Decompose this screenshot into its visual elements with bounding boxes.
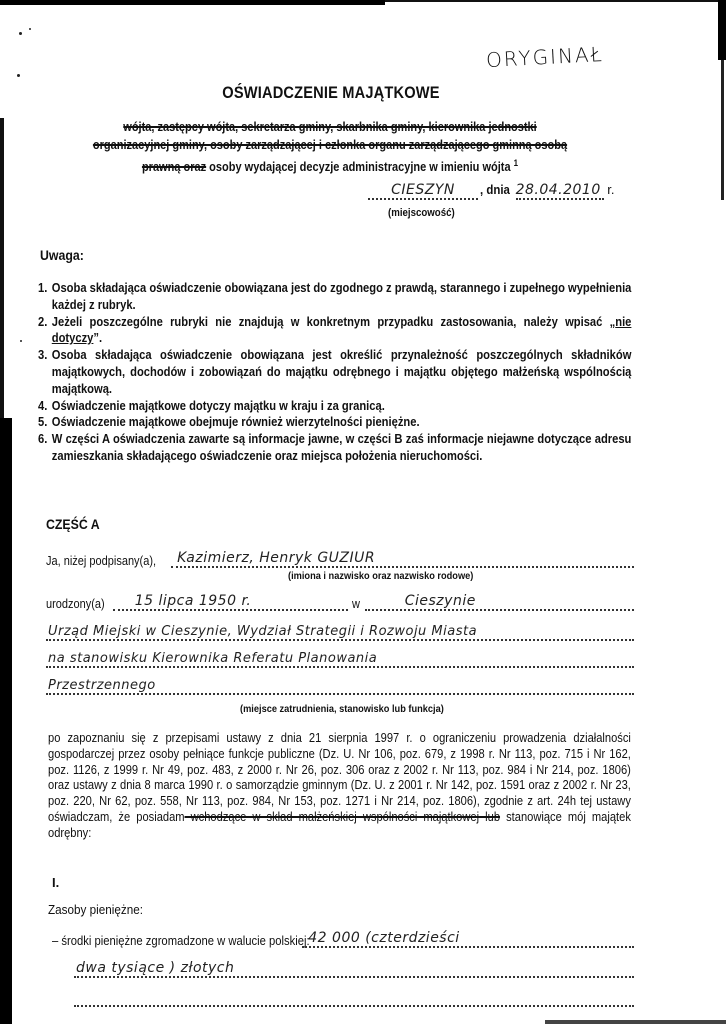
date-field[interactable]: 28.04.2010 (516, 182, 604, 200)
section-i-heading: I. (52, 875, 59, 890)
employment-line-3: Przestrzennego (46, 675, 634, 695)
employment-field[interactable]: na stanowisku Kierownika Referatu Planow… (46, 648, 634, 668)
place-field[interactable]: CIESZYN (368, 182, 478, 200)
name-label: Ja, niżej podpisany(a), (46, 554, 156, 568)
legal-declaration: po zapoznaniu się z przepisami ustawy z … (48, 730, 631, 841)
note-text-part: Jeżeli poszczególne rubryki nie znajdują… (52, 314, 615, 329)
document-title: OŚWIADCZENIE MAJĄTKOWE (46, 83, 615, 103)
note-number: 2. (38, 314, 52, 348)
struck-text: wójta, zastępcy wójta, sekretarza gminy,… (123, 120, 536, 134)
cash-pln-field[interactable]: 42 000 (czterdzieści (302, 928, 634, 948)
note-item: 1.Osoba składająca oświadczenie obowiąza… (38, 280, 631, 314)
scan-border-left (0, 118, 4, 418)
name-value: Kazimierz, Henryk GUZIUR (177, 550, 375, 566)
place-date-line: CIESZYN, dnia 28.04.2010 r. (368, 182, 614, 200)
employment-caption: (miejsce zatrudnienia, stanowisko lub fu… (240, 703, 444, 715)
notes-list: 1.Osoba składająca oświadczenie obowiąza… (38, 280, 631, 465)
cash-pln-row-2: dwa tysiące ) złotych (74, 958, 634, 978)
scan-speck (29, 28, 31, 30)
note-text: Osoba składająca oświadczenie obowiązana… (52, 280, 632, 314)
part-a-heading: CZĘŚĆ A (46, 516, 100, 532)
note-item: 2.Jeżeli poszczególne rubryki nie znajdu… (38, 314, 631, 348)
born-label: urodzony(a) (46, 597, 105, 611)
note-number: 1. (38, 280, 52, 314)
struck-text: organizacyjnej gminy, osoby zarządzające… (93, 138, 567, 152)
original-stamp: ORYGINAŁ (485, 42, 604, 72)
name-field[interactable]: Kazimierz, Henryk GUZIUR (171, 548, 634, 568)
note-text: Osoba składająca oświadczenie obowiązana… (52, 347, 632, 397)
scan-border-top (0, 0, 385, 5)
note-text: Oświadczenie majątkowe dotyczy majątku w… (52, 398, 632, 415)
cash-pln-row: – środki pieniężne zgromadzone w walucie… (52, 928, 634, 948)
note-item: 5.Oświadczenie majątkowe obejmuje równie… (38, 414, 631, 431)
employment-line-2: na stanowisku Kierownika Referatu Planow… (46, 648, 634, 668)
note-item: 3.Osoba składająca oświadczenie obowiąza… (38, 347, 631, 397)
scan-border-right (718, 0, 726, 60)
birth-place-value: Cieszynie (405, 593, 476, 609)
employment-line-1: Urząd Miejski w Cieszynie, Wydział Strat… (46, 621, 634, 641)
cash-pln-label: – środki pieniężne zgromadzone w walucie… (52, 934, 310, 948)
struck-text: wchodzące w skład małżeńskiej wspólności… (185, 809, 500, 824)
note-number: 4. (38, 398, 52, 415)
date-suffix: r. (607, 182, 614, 197)
scan-speck (17, 74, 20, 77)
footnote-mark: 1 (514, 158, 518, 168)
employment-value: Przestrzennego (48, 678, 156, 693)
date-value: 28.04.2010 (516, 182, 601, 198)
scan-border-left (0, 418, 12, 1024)
note-text: Jeżeli poszczególne rubryki nie znajdują… (52, 314, 632, 348)
place-value: CIESZYN (391, 182, 455, 198)
scan-speck (20, 340, 22, 342)
employment-field[interactable]: Urząd Miejski w Cieszynie, Wydział Strat… (46, 621, 634, 641)
scan-border-top (385, 0, 720, 2)
scan-speck (19, 32, 22, 35)
scan-border-bottom (545, 1020, 726, 1024)
cash-heading: Zasoby pieniężne: (48, 902, 143, 917)
cash-pln-value: 42 000 (czterdzieści (308, 930, 459, 946)
scan-border-right (721, 60, 724, 200)
note-number: 5. (38, 414, 52, 431)
born-in-label: w (352, 597, 360, 611)
name-caption: (imiona i nazwisko oraz nazwisko rodowe) (288, 570, 473, 582)
struck-text: prawną oraz (142, 160, 206, 174)
cash-pln-field[interactable]: dwa tysiące ) złotych (74, 958, 634, 978)
note-item: 4.Oświadczenie majątkowe dotyczy majątku… (38, 398, 631, 415)
subtitle-active-text: osoby wydającej decyzje administracyjne … (206, 160, 510, 174)
birth-row: urodzony(a) 15 lipca 1950 r. w Cieszynie (46, 591, 634, 611)
note-number: 6. (38, 431, 52, 465)
name-row: Ja, niżej podpisany(a), Kazimierz, Henry… (46, 548, 634, 568)
note-number: 3. (38, 347, 52, 397)
note-text-part: ”. (93, 330, 102, 345)
employment-value: na stanowisku Kierownika Referatu Planow… (48, 651, 377, 666)
notes-heading: Uwaga: (40, 247, 84, 263)
date-separator: , dnia (480, 182, 510, 197)
birth-date-field[interactable]: 15 lipca 1950 r. (113, 591, 348, 611)
place-caption: (miejscowość) (388, 207, 455, 219)
employment-field[interactable]: Przestrzennego (46, 675, 634, 695)
note-text: W części A oświadczenia zawarte są infor… (52, 431, 632, 465)
document-subtitle: wójta, zastępcy wójta, sekretarza gminy,… (66, 118, 594, 176)
note-text: Oświadczenie majątkowe obejmuje również … (52, 414, 632, 431)
birth-date-value: 15 lipca 1950 r. (135, 593, 252, 609)
note-item: 6.W części A oświadczenia zawarte są inf… (38, 431, 631, 465)
cash-pln-field[interactable] (74, 987, 634, 1007)
cash-pln-row-3 (74, 987, 634, 1007)
birth-place-field[interactable]: Cieszynie (365, 591, 634, 611)
cash-pln-value: dwa tysiące ) złotych (76, 960, 234, 976)
employment-value: Urząd Miejski w Cieszynie, Wydział Strat… (48, 624, 477, 639)
